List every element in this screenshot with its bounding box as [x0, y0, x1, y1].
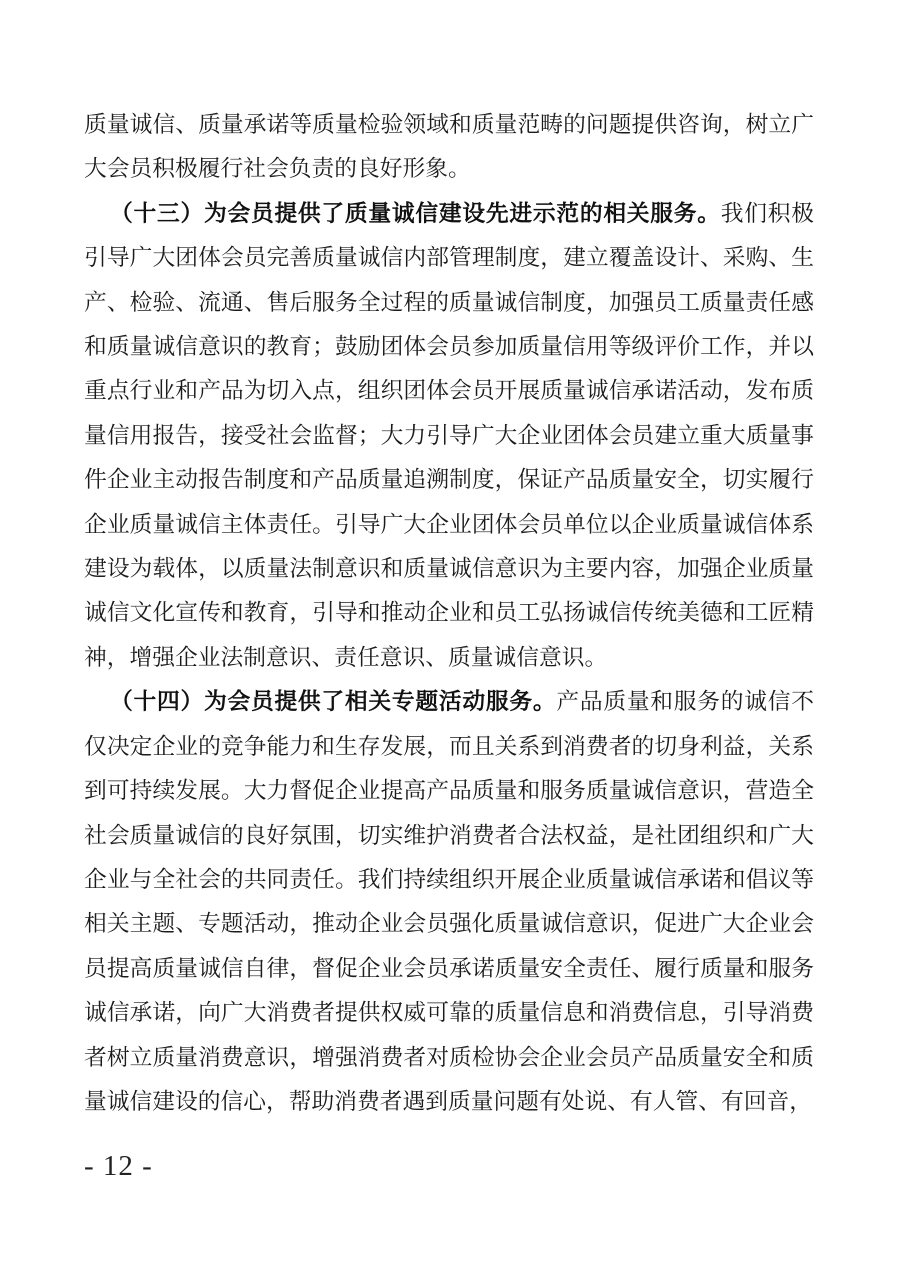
section-13-heading: （十三）为会员提供了质量诚信建设先进示范的相关服务。: [110, 201, 721, 226]
paragraph-continuation: 质量诚信、质量承诺等质量检验领域和质量范畴的问题提供咨询，树立广大会员积极履行社…: [84, 103, 814, 192]
page-number: - 12 -: [84, 1150, 153, 1183]
section-14-body-text: 产品质量和服务的诚信不仅决定企业的竞争能力和生存发展，而且关系到消费者的切身利益…: [84, 689, 814, 1114]
document-body: 质量诚信、质量承诺等质量检验领域和质量范畴的问题提供咨询，树立广大会员积极履行社…: [84, 103, 814, 1124]
document-page: 质量诚信、质量承诺等质量检验领域和质量范畴的问题提供咨询，树立广大会员积极履行社…: [0, 0, 900, 1273]
section-13-body-text: 我们积极引导广大团体会员完善质量诚信内部管理制度，建立覆盖设计、采购、生产、检验…: [84, 201, 814, 670]
section-14-heading: （十四）为会员提供了相关专题活动服务。: [110, 689, 556, 714]
paragraph-text: 质量诚信、质量承诺等质量检验领域和质量范畴的问题提供咨询，树立广大会员积极履行社…: [84, 112, 814, 181]
paragraph-section-14: （十四）为会员提供了相关专题活动服务。产品质量和服务的诚信不仅决定企业的竞争能力…: [84, 680, 814, 1124]
paragraph-section-13: （十三）为会员提供了质量诚信建设先进示范的相关服务。我们积极引导广大团体会员完善…: [84, 192, 814, 680]
